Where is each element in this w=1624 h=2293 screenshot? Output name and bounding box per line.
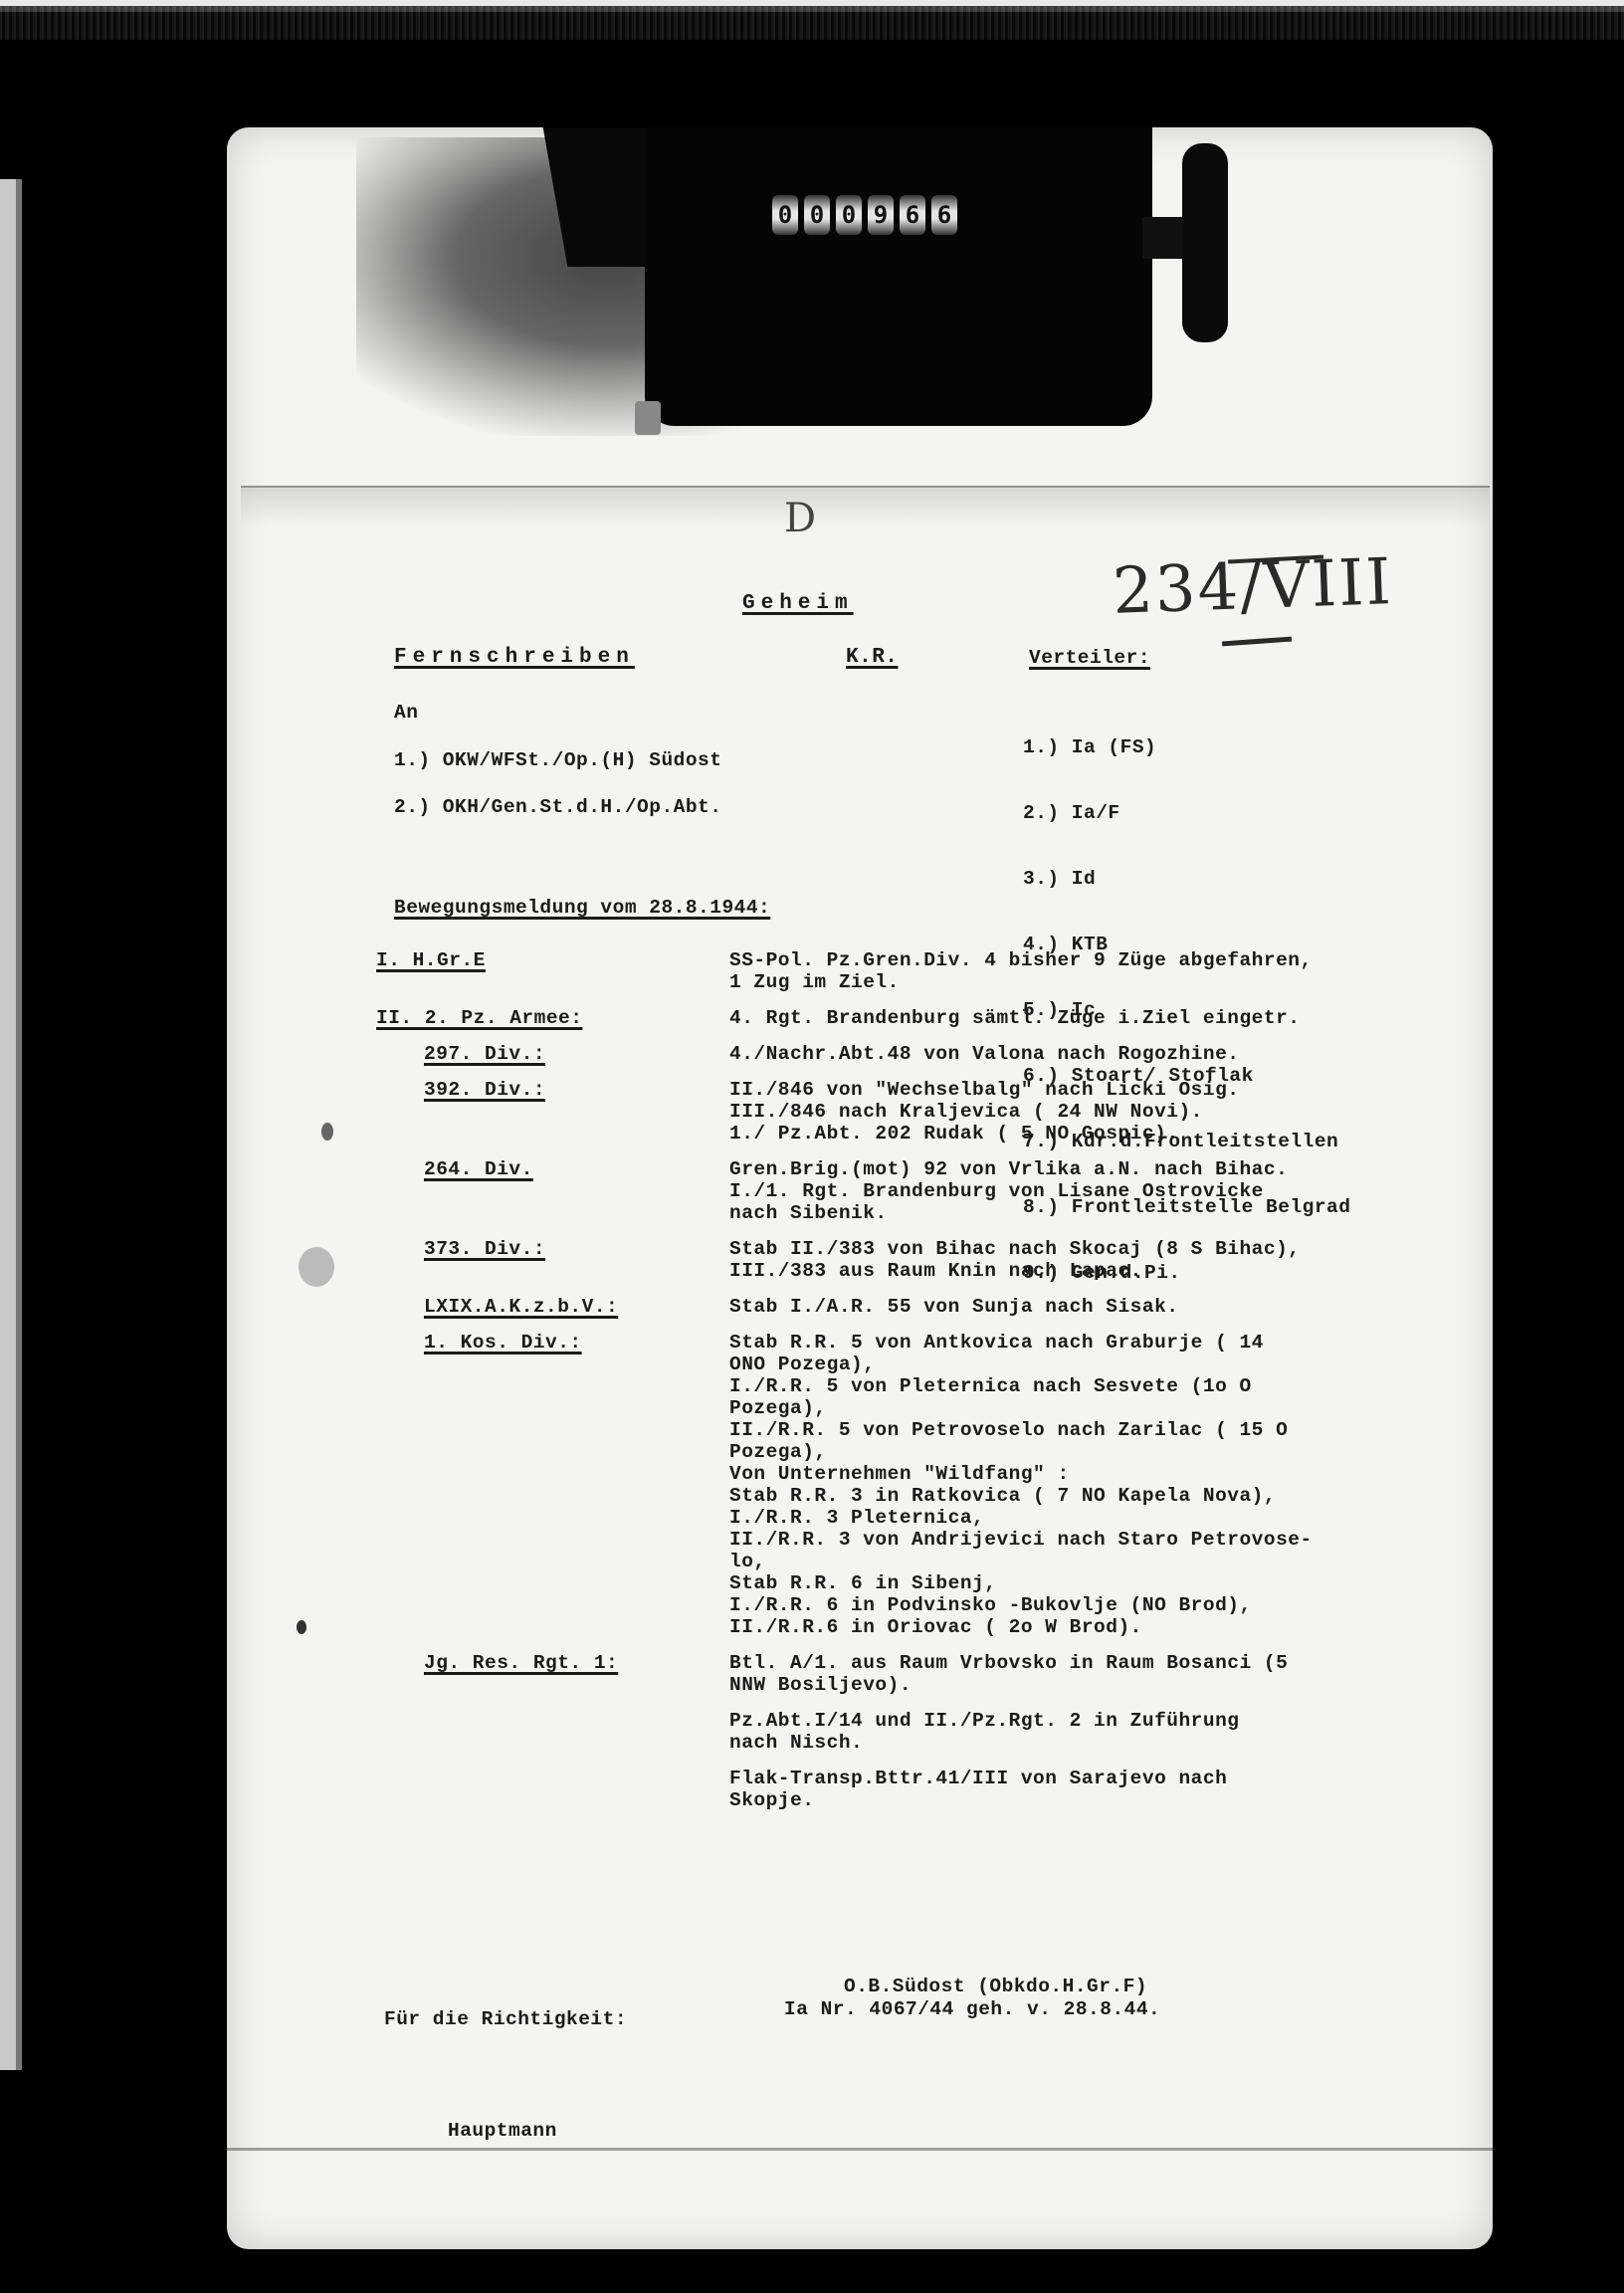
counter-digit: 6 — [931, 195, 957, 235]
film-edge-noise — [0, 6, 1624, 40]
counter-knob-icon — [1182, 143, 1228, 342]
entry-unit-label-cell: 1. Kos. Div.: — [376, 1332, 729, 1638]
entry-unit-label: 264. Div. — [376, 1158, 533, 1180]
entry-text: II./846 von "Wechselbalg" nach Licki Osi… — [729, 1079, 1481, 1145]
entry-unit-label-cell: 392. Div.: — [376, 1079, 729, 1145]
distribution-item: 1.) Ia (FS) — [1023, 736, 1350, 758]
entry-unit-label-cell: 264. Div. — [376, 1158, 729, 1224]
document-type: Fernschreiben — [394, 647, 635, 669]
classification-mark: Geheim — [742, 593, 854, 615]
entry-text: Stab I./A.R. 55 von Sunja nach Sisak. — [729, 1296, 1481, 1318]
frame-counter-device: 0 0 0 9 6 6 — [645, 127, 1152, 426]
certification-label: Für die Richtigkeit: — [384, 2008, 627, 2030]
entry-unit-label: LXIX.A.K.z.b.V.: — [376, 1296, 618, 1318]
movement-entry: 297. Div.:4./Nachr.Abt.48 von Valona nac… — [376, 1043, 1481, 1065]
movement-entry: Flak-Transp.Bttr.41/III von Sarajevo nac… — [376, 1768, 1481, 1811]
recipient: 1.) OKW/WFSt./Op.(H) Südost — [394, 749, 721, 771]
recipient: 2.) OKH/Gen.St.d.H./Op.Abt. — [394, 796, 721, 818]
counter-digit: 6 — [900, 195, 925, 235]
signing-unit: O.B.Südost (Obkdo.H.Gr.F) — [844, 1976, 1147, 1997]
movement-entry: 1. Kos. Div.:Stab R.R. 5 von Antkovica n… — [376, 1332, 1481, 1638]
entry-text: SS-Pol. Pz.Gren.Div. 4 bisher 9 Züge abg… — [729, 949, 1481, 993]
counter-digit: 0 — [804, 195, 830, 235]
entry-unit-label-cell: I. H.Gr.E — [376, 949, 729, 993]
counter-foot — [635, 401, 661, 435]
document-code: K.R. — [846, 647, 898, 669]
paper-bottom-edge — [227, 2148, 1493, 2151]
entry-text: Gren.Brig.(mot) 92 von Vrlika a.N. nach … — [729, 1158, 1481, 1224]
handwritten-underline — [1222, 637, 1292, 647]
film-speck — [321, 1123, 333, 1141]
distribution-item: 2.) Ia/F — [1023, 802, 1350, 824]
entry-text: Stab II./383 von Bihac nach Skocaj (8 S … — [729, 1238, 1481, 1282]
movement-entry: II. 2. Pz. Armee:4. Rgt. Brandenburg säm… — [376, 1007, 1481, 1029]
entry-text: 4./Nachr.Abt.48 von Valona nach Rogozhin… — [729, 1043, 1481, 1065]
movement-entry: Jg. Res. Rgt. 1:Btl. A/1. aus Raum Vrbov… — [376, 1652, 1481, 1696]
entry-text: 4. Rgt. Brandenburg sämtl. Züge i.Ziel e… — [729, 1007, 1481, 1029]
entry-unit-label-cell: Jg. Res. Rgt. 1: — [376, 1652, 729, 1696]
signatory-rank: Hauptmann — [448, 2120, 557, 2142]
movement-entry: Pz.Abt.I/14 und II./Pz.Rgt. 2 in Zuführu… — [376, 1710, 1481, 1754]
counter-digit: 9 — [868, 195, 894, 235]
entry-unit-label: 1. Kos. Div.: — [376, 1332, 582, 1354]
entry-unit-label-cell — [376, 1710, 729, 1754]
entry-unit-label-cell: LXIX.A.K.z.b.V.: — [376, 1296, 729, 1318]
adjacent-frame-edge — [0, 179, 22, 2070]
entry-unit-label: 373. Div.: — [376, 1238, 545, 1260]
counter-digit: 0 — [772, 195, 798, 235]
entry-unit-label: 392. Div.: — [376, 1079, 545, 1101]
entry-unit-label: I. H.Gr.E — [376, 949, 486, 971]
entry-unit-label: II. 2. Pz. Armee: — [376, 1007, 582, 1029]
movement-entry: 392. Div.:II./846 von "Wechselbalg" nach… — [376, 1079, 1481, 1145]
movement-entry: 264. Div.Gren.Brig.(mot) 92 von Vrlika a… — [376, 1158, 1481, 1224]
frame-counter-digits: 0 0 0 9 6 6 — [772, 195, 957, 235]
entry-unit-label-cell — [376, 1768, 729, 1811]
entry-unit-label-cell: 373. Div.: — [376, 1238, 729, 1282]
film-speck — [299, 1247, 334, 1287]
entry-text: Btl. A/1. aus Raum Vrbovsko in Raum Bosa… — [729, 1652, 1481, 1696]
movement-entry: I. H.Gr.ESS-Pol. Pz.Gren.Div. 4 bisher 9… — [376, 949, 1481, 993]
document-page: 0 0 0 9 6 6 D 234/VIII Geheim Fernschrei… — [227, 127, 1493, 2249]
counter-digit: 0 — [836, 195, 862, 235]
handwritten-top-mark: D — [784, 496, 816, 541]
entry-text: Stab R.R. 5 von Antkovica nach Graburje … — [729, 1332, 1481, 1638]
entry-unit-label: 297. Div.: — [376, 1043, 545, 1065]
entry-text: Flak-Transp.Bttr.41/III von Sarajevo nac… — [729, 1768, 1481, 1811]
movement-entry: LXIX.A.K.z.b.V.:Stab I./A.R. 55 von Sunj… — [376, 1296, 1481, 1318]
entry-text: Pz.Abt.I/14 und II./Pz.Rgt. 2 in Zuführu… — [729, 1710, 1481, 1754]
movement-entries: I. H.Gr.ESS-Pol. Pz.Gren.Div. 4 bisher 9… — [376, 949, 1481, 1825]
movement-entry: 373. Div.:Stab II./383 von Bihac nach Sk… — [376, 1238, 1481, 1282]
reference-number: Ia Nr. 4067/44 geh. v. 28.8.44. — [784, 1998, 1160, 2020]
film-speck — [297, 1620, 306, 1634]
distribution-title: Verteiler: — [1029, 647, 1150, 669]
to-label: An — [394, 702, 418, 724]
report-title: Bewegungsmeldung vom 28.8.1944: — [394, 897, 770, 919]
entry-unit-label-cell: 297. Div.: — [376, 1043, 729, 1065]
distribution-item: 3.) Id — [1023, 868, 1350, 890]
entry-unit-label: Jg. Res. Rgt. 1: — [376, 1652, 618, 1674]
paper-fold-shadow — [241, 488, 1490, 527]
entry-unit-label-cell: II. 2. Pz. Armee: — [376, 1007, 729, 1029]
